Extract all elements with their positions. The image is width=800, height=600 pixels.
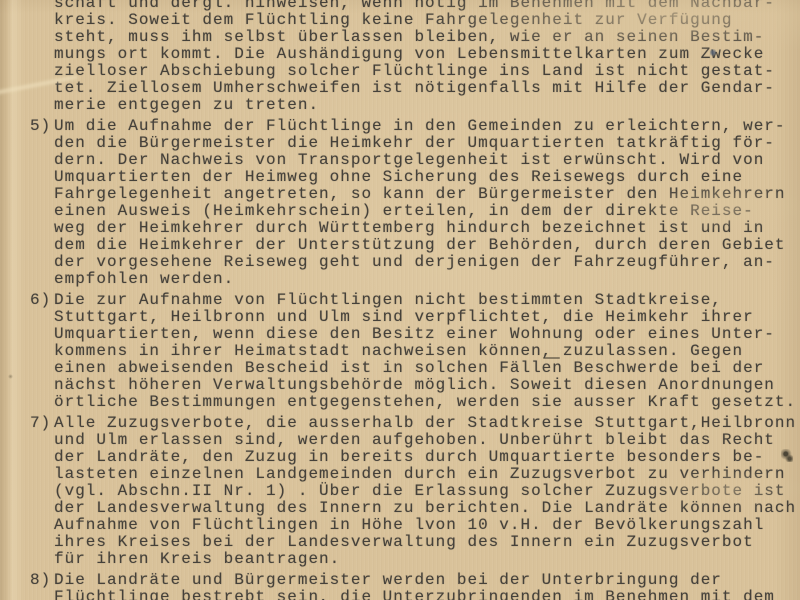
paragraph-item-5: 5)Um die Aufnahme der Flüchtlinge in den… (0, 118, 800, 288)
text-line: Die zur Aufnahme von Flüchtlingen nicht … (54, 292, 800, 309)
item-number: 7) (30, 415, 51, 432)
text-line: Die Landräte und Bürgermeister werden be… (54, 572, 800, 589)
text-line: mungs ort kommt. Die Aushändigung von Le… (54, 46, 800, 63)
text-line: merie entgegen zu treten. (54, 97, 800, 114)
paragraph-item-7: 7)Alle Zuzugsverbote, die ausserhalb der… (0, 415, 800, 568)
paragraph-item-6: 6)Die zur Aufnahme von Flüchtlingen nich… (0, 292, 800, 411)
text-line: den die Bürgermeister die Heimkehr der U… (54, 135, 800, 152)
item-number: 5) (30, 118, 51, 135)
text-line: einen abweisenden Bescheid ist in solche… (54, 360, 800, 377)
paragraph-continuation: schaft und dergl. hinweisen, wenn nötig … (0, 0, 800, 114)
text-line: Fahrgelegenheit angetreten, so kann der … (54, 186, 800, 203)
text-line: der vorgesehene Reiseweg geht und derjen… (54, 254, 800, 271)
text-line: kreis. Soweit dem Flüchtling keine Fahrg… (54, 12, 800, 29)
text-line: der Landräte, den Zuzug in bereits durch… (54, 449, 800, 466)
text-line: weg der Heimkehrer durch Württemberg hin… (54, 220, 800, 237)
text-line: zielloser Abschiebung solcher Flüchtling… (54, 63, 800, 80)
text-line: tet. Ziellosem Umherschweifen ist nötige… (54, 80, 800, 97)
text-line: steht, muss ihm selbst überlassen bleibe… (54, 29, 800, 46)
text-line: Umquartierten der Heimweg ohne Sicherung… (54, 169, 800, 186)
text-line: dern. Der Nachweis von Transportgelegenh… (54, 152, 800, 169)
text-line: und Ulm erlassen sind, werden aufgehoben… (54, 432, 800, 449)
text-line: Aufnahme von Flüchtlingen in Höhe lvon 1… (54, 517, 800, 534)
text-line: Um die Aufnahme der Flüchtlinge in den G… (54, 118, 800, 135)
item-number: 8) (30, 572, 51, 589)
text-line: Umquartierten, wenn diese den Besitz ein… (54, 326, 800, 343)
paragraph-item-8: 8)Die Landräte und Bürgermeister werden … (0, 572, 800, 600)
text-line: dem die Heimkehrer der Unterstützung der… (54, 237, 800, 254)
text-line: einen Ausweis (Heimkehrschein) erteilen,… (54, 203, 800, 220)
text-line: lasteten einzelnen Landgemeinden durch e… (54, 466, 800, 483)
text-line: nächst höheren Verwaltungsbehörde möglic… (54, 377, 800, 394)
item-number: 6) (30, 292, 51, 309)
text-line: Flüchtlinge bestrebt sein, die Unterzubr… (54, 589, 800, 600)
document-text: schaft und dergl. hinweisen, wenn nötig … (0, 0, 800, 600)
text-line: Stuttgart, Heilbronn und Ulm sind verpfl… (54, 309, 800, 326)
text-line: ihres Kreises bei der Landesverwaltung d… (54, 534, 800, 551)
text-line: kommens in ihrer Heimatstadt nachweisen … (54, 343, 800, 360)
text-line: der Landesverwaltung des Innern zu beric… (54, 500, 800, 517)
text-line: örtliche Bestimmungen entgegenstehen, we… (54, 394, 800, 411)
text-line: empfohlen werden. (54, 271, 800, 288)
scanned-document-page: { "document": { "kind": "typewritten-sca… (0, 0, 800, 600)
text-line: (vgl. Abschn.II Nr. 1) . Über die Erlass… (54, 483, 800, 500)
text-line: Alle Zuzugsverbote, die ausserhalb der S… (54, 415, 800, 432)
text-line: für ihren Kreis beantragen. (54, 551, 800, 568)
